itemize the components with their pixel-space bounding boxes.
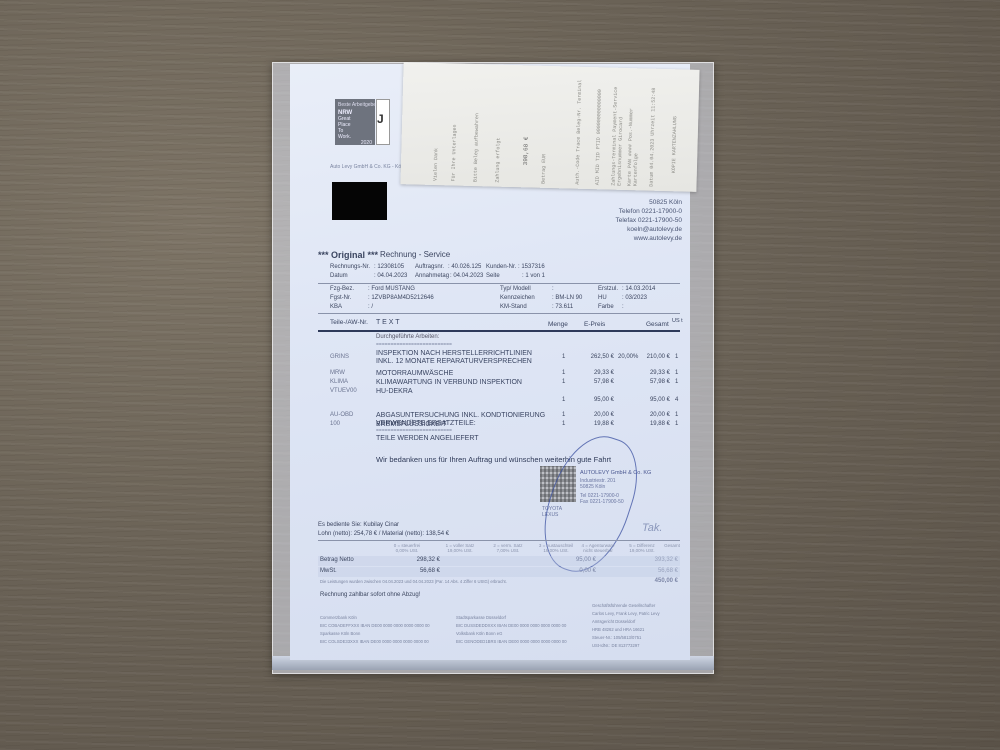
payment-note: Rechnung zahlbar sofort ohne Abzug! [320, 592, 420, 598]
company-logo: J [376, 99, 390, 145]
typ: : [552, 286, 554, 292]
col-teile: Teile-/AW-Nr. [330, 319, 368, 326]
col-menge: Menge [548, 321, 568, 328]
betrag-netto-voll: 298,32 € [400, 557, 440, 563]
item-gesamt: 95,00 € [630, 397, 670, 403]
kennzeichen-label: Kennzeichen [500, 295, 535, 301]
tax-column-header: 4 = Agenturwarenicht steuerbar [576, 543, 620, 553]
kunden-nr: : 1537316 [518, 264, 545, 270]
col-gesamt: Gesamt [646, 321, 669, 328]
item-epreis: 95,00 € [574, 397, 614, 403]
tax-column-header: Gesamt [650, 543, 690, 548]
auftragsnr-label: Auftragsnr. [415, 264, 444, 270]
km: : 73.611 [552, 304, 573, 310]
farbe-label: Farbe [598, 304, 614, 310]
footer-bank-2: Stadtsparkasse Düsseldorf BIC DUSSDEDDXX… [456, 614, 567, 646]
section-parts-heading: VERWENDETE ERSATZTEILE: [376, 420, 476, 427]
item-ust: 1 [675, 412, 678, 418]
signature-initials: Tak. [642, 522, 662, 534]
hu-label: HU [598, 295, 607, 301]
seite: : 1 von 1 [522, 273, 545, 279]
betrag-netto-agentur: 95,00 € [556, 557, 596, 563]
item-gesamt: 57,98 € [630, 379, 670, 385]
item-menge: 1 [562, 379, 565, 385]
rechnungs-nr: : 12308105 [374, 264, 404, 270]
separator-line: ========================== [376, 342, 452, 348]
item-epreis: 57,98 € [574, 379, 614, 385]
employer-award-badge: Beste Arbeitgeber NRW GreatPlaceToWork. … [335, 99, 375, 145]
item-epreis: 29,33 € [574, 370, 614, 376]
table-header-rule [318, 330, 680, 332]
mwst-voll: 56,68 € [400, 568, 440, 574]
hu: : 03/2023 [622, 295, 647, 301]
betrag-netto-gesamt: 393,32 € [638, 557, 678, 563]
served-by: Es bediente Sie: Kubilay Cinar [318, 522, 399, 528]
item-code: AU-OBD [330, 412, 353, 418]
sender-line: Auto Levy GmbH & Co. KG - Köln [330, 164, 405, 170]
item-gesamt: 19,88 € [630, 421, 670, 427]
col-epreis: E-Preis [584, 321, 605, 328]
annahmetag: : 04.04.2023 [450, 273, 483, 279]
item-menge: 1 [562, 421, 565, 427]
item-ust: 4 [675, 397, 678, 403]
fgst-nr: : 1ZVBP8AM4D5212646 [368, 295, 434, 301]
erstzul-label: Erstzul. [598, 286, 618, 292]
kunden-nr-label: Kunden-Nr. [486, 264, 516, 270]
item-ust: 1 [675, 354, 678, 360]
footer-company: Geschäftsführende Gesellschafter Carlos … [592, 602, 660, 650]
card-payment-receipt: KOPIE KARTENZAHLUNG Datum 04.04.2023 Uhr… [400, 62, 699, 192]
item-ust: 1 [675, 370, 678, 376]
annahmetag-label: Annahmetag [415, 273, 449, 279]
typ-label: Typ/ Modell [500, 286, 531, 292]
fgst-nr-label: Fgst-Nr. [330, 295, 351, 301]
tax-column-header: 0 = steuerfrei0,00% USt. [385, 543, 429, 553]
item-epreis: 20,00 € [574, 412, 614, 418]
item-code: GRINS [330, 354, 349, 360]
datum-label: Datum [330, 273, 348, 279]
item-gesamt: 20,00 € [630, 412, 670, 418]
rechnungs-nr-label: Rechnungs-Nr. [330, 264, 370, 270]
betrag-netto-label: Betrag Netto [320, 557, 354, 563]
item-menge: 1 [562, 370, 565, 376]
item-code: KLIMA [330, 379, 348, 385]
divider [318, 283, 680, 284]
item-text: MOTORRAUMWÄSCHE [376, 370, 453, 377]
mwst-agentur: 0,00 € [556, 568, 596, 574]
col-text: T E X T [376, 319, 399, 326]
erstzul: : 14.03.2014 [622, 286, 655, 292]
fzg-bez: : Ford MUSTANG [368, 286, 415, 292]
col-ust: US t [672, 318, 683, 324]
footer-bank-1: Commerzbank Köln BIC COBADEFFXXX IBAN DE… [320, 614, 430, 646]
divider [318, 540, 680, 541]
tax-column-header: 2 = verm. Satz7,00% USt. [486, 543, 530, 553]
auftragsnr: : 40.026.125 [448, 264, 481, 270]
item-ust: 1 [675, 379, 678, 385]
seite-label: Seite [486, 273, 500, 279]
item-menge: 1 [562, 354, 565, 360]
item-text: HU-DEKRA [376, 388, 413, 395]
divider [318, 313, 680, 314]
datum: : 04.04.2023 [374, 273, 407, 279]
item-gesamt: 29,33 € [630, 370, 670, 376]
item-gesamt: 210,00 € [630, 354, 670, 360]
item-menge: 1 [562, 397, 565, 403]
item-text-2: INKL. 12 MONATE REPARATURVERSPRECHEN [376, 358, 532, 365]
item-code: MRW [330, 370, 345, 376]
document-type: Rechnung - Service [380, 250, 450, 259]
item-code: 100 [330, 421, 340, 427]
leistung-note: Die Leistungen wurden zwischen 04.04.202… [320, 579, 507, 584]
tax-column-header: 1 = voller Satz19,00% USt. [438, 543, 482, 553]
item-text: KLIMAWARTUNG IN VERBUND INSPEKTION [376, 379, 522, 386]
row-band [318, 556, 680, 566]
redacted-recipient [332, 182, 387, 220]
original-label: *** Original *** [318, 250, 378, 260]
tax-column-header: 3 = Austauschteil19,00% USt. [534, 543, 578, 553]
invoice-total: 450,00 € [638, 578, 678, 584]
fzg-bez-label: Fzg-Bez. [330, 286, 354, 292]
item-menge: 1 [562, 412, 565, 418]
kba: : / [368, 304, 373, 310]
kennzeichen: : BM-LN 90 [552, 295, 582, 301]
farbe: : [622, 304, 624, 310]
mwst-gesamt: 56,68 € [638, 568, 678, 574]
km-label: KM-Stand [500, 304, 527, 310]
section-work-heading: Durchgeführte Arbeiten: [376, 334, 439, 340]
item-ust: 1 [675, 421, 678, 427]
item-epreis: 262,50 € [574, 354, 614, 360]
kba-label: KBA [330, 304, 342, 310]
lohn-material: Lohn (netto): 254,78 € / Material (netto… [318, 531, 449, 537]
mwst-label: MwSt. [320, 568, 337, 574]
parts-note: TEILE WERDEN ANGELIEFERT [376, 435, 479, 442]
item-code: VTUEV00 [330, 388, 357, 394]
row-band [318, 567, 680, 577]
item-epreis: 19,88 € [574, 421, 614, 427]
company-address: 50825 Köln Telefon 0221-17900-0 Telefax … [616, 198, 683, 243]
item-text: INSPEKTION NACH HERSTELLERRICHTLINIEN [376, 350, 532, 357]
item-text: ABGASUNTERSUCHUNG INKL. KONDTIONIERUNG [376, 412, 545, 419]
separator-line: ========================== [376, 428, 452, 434]
